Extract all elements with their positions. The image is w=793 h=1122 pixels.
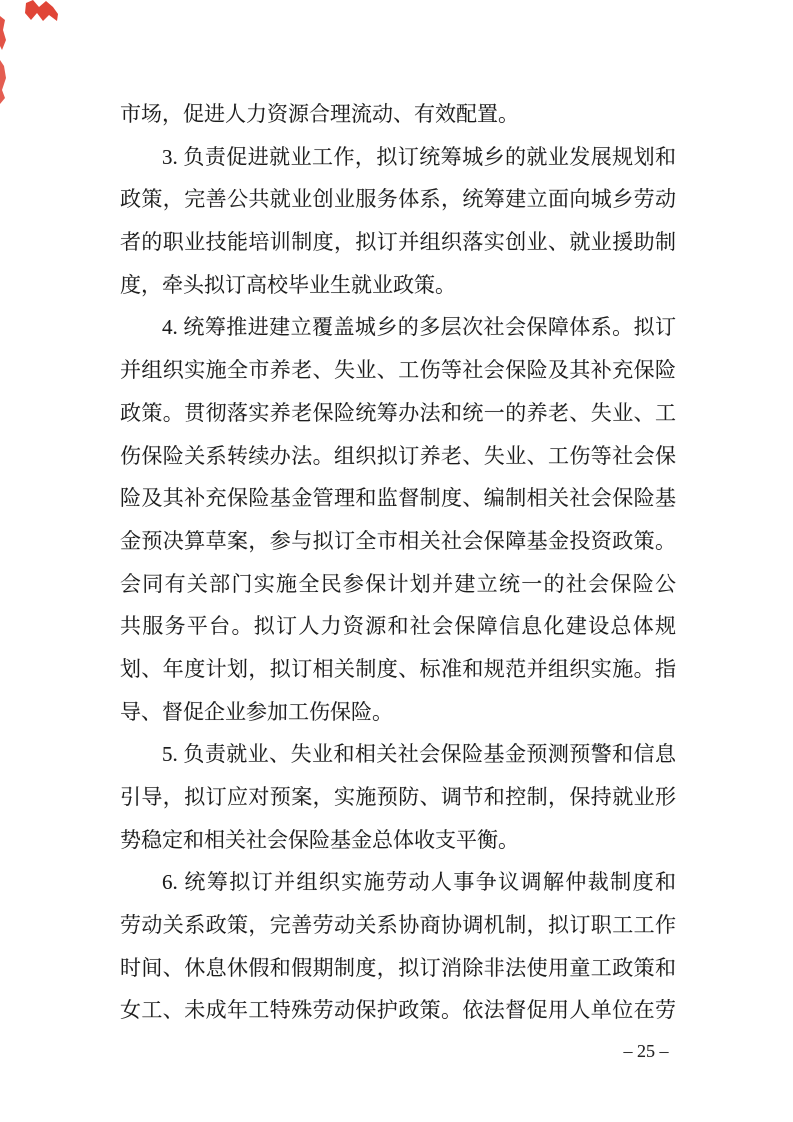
red-ink-edge-streak (0, 60, 6, 104)
text-line: 划、年度计划，拟订相关制度、标准和规范并组织实施。指 (120, 648, 676, 691)
text-line: 女工、未成年工特殊劳动保护政策。依法督促用人单位在劳 (120, 989, 676, 1032)
text-line: 政策。贯彻落实养老保险统筹办法和统一的养老、失业、工 (120, 392, 676, 435)
text-line: 导、督促企业参加工伤保险。 (120, 691, 676, 734)
text-line: 险及其补充保险基金管理和监督制度、编制相关社会保险基 (120, 477, 676, 520)
text-line: 共服务平台。拟订人力资源和社会保障信息化建设总体规 (120, 605, 676, 648)
text-line: 政策，完善公共就业创业服务体系，统筹建立面向城乡劳动 (120, 178, 676, 221)
body-text: 市场，促进人力资源合理流动、有效配置。3. 负责促进就业工作，拟订统筹城乡的就业… (120, 93, 676, 1032)
document-page: 市场，促进人力资源合理流动、有效配置。3. 负责促进就业工作，拟订统筹城乡的就业… (0, 0, 793, 1122)
text-line: 4. 统筹推进建立覆盖城乡的多层次社会保障体系。拟订 (120, 306, 676, 349)
text-line: 金预决算草案，参与拟订全市相关社会保障基金投资政策。 (120, 520, 676, 563)
red-ink-corner-mark (25, 0, 58, 21)
text-line: 劳动关系政策，完善劳动关系协商协调机制，拟订职工工作 (120, 904, 676, 947)
text-line: 者的职业技能培训制度，拟订并组织落实创业、就业援助制 (120, 221, 676, 264)
text-line: 引导，拟订应对预案，实施预防、调节和控制，保持就业形 (120, 776, 676, 819)
text-line: 3. 负责促进就业工作，拟订统筹城乡的就业发展规划和 (120, 136, 676, 179)
text-line: 市场，促进人力资源合理流动、有效配置。 (120, 93, 676, 136)
text-line: 会同有关部门实施全民参保计划并建立统一的社会保险公 (120, 563, 676, 606)
text-line: 并组织实施全市养老、失业、工伤等社会保险及其补充保险 (120, 349, 676, 392)
text-line: 势稳定和相关社会保险基金总体收支平衡。 (120, 819, 676, 862)
text-line: 时间、休息休假和假期制度，拟订消除非法使用童工政策和 (120, 947, 676, 990)
page-number: – 25 – (596, 1040, 696, 1062)
text-line: 5. 负责就业、失业和相关社会保险基金预测预警和信息 (120, 733, 676, 776)
red-ink-artifact (0, 0, 80, 120)
text-line: 6. 统筹拟订并组织实施劳动人事争议调解仲裁制度和 (120, 861, 676, 904)
red-ink-edge-streak (0, 16, 6, 50)
text-line: 伤保险关系转续办法。组织拟订养老、失业、工伤等社会保 (120, 435, 676, 478)
text-line: 度，牵头拟订高校毕业生就业政策。 (120, 264, 676, 307)
